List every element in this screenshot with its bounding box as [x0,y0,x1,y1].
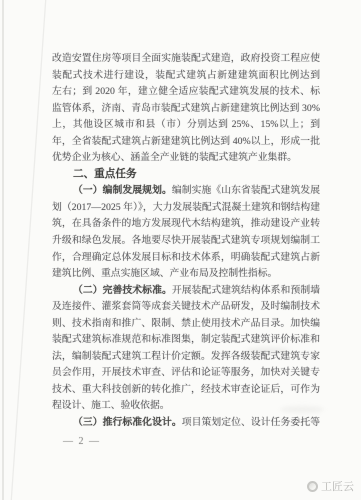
text-line: 年，全省装配式建筑占新建建筑比例达到 40%以上，形成一批以 [52,134,320,151]
text-line: 法，编制装配式建筑工程计价定额。发挥各级装配式建筑专家委 [52,349,320,366]
text-line: 程设计、施工、验收依据。 [52,398,320,415]
page-number: — 2 — [63,436,101,447]
text-line: 筑，在具备条件的地方发展现代木结构建筑，推动建设产业转型 [52,216,320,233]
text-line: 装配式技术进行建设，装配式建筑占新建建筑面积比例达到 10% [52,68,320,85]
text-line: 建筑比例、重点实施区域、产业布局及控制性指标。 [52,266,320,283]
text-line: （一）编制发展规划。编制实施《山东省装配式建筑发展规 [52,183,320,200]
scanned-page: { "colors": { "ink": "#57575a", "muted":… [0,0,361,500]
text-line: 员会作用，开展技术审查、评估和论证等服务，加快对关键专利 [52,365,320,382]
text-line: （三）推行标准化设计。项目策划定位、设计任务委托等阶 [52,415,320,432]
text-line: 作，合理确定总体发展目标和技术体系，明确装配式建筑占新建 [52,250,320,267]
watermark: 工匠云 [307,478,354,494]
paragraph-lead: （一）编制发展规划。 [73,185,172,196]
text-line: 及连接件、灌浆套筒等成套关键技术产品研发，及时编制技术导 [52,299,320,316]
text-line: 左右；到 2020 年，建立健全适应装配式建筑发展的技术、标准和 [52,84,320,101]
document-text: 改造安置住房等项目全面实施装配式建造，政府投资工程应使用装配式技术进行建设，装配… [52,51,320,432]
text-line: 优势企业为核心、涵盖全产业链的装配式建筑产业集群。 [52,150,320,167]
text-line: 上，其他设区城市和县（市）分别达到 25%、15%以上；到 2025 [52,117,320,134]
text-line: 则、技术指南和推广、限制、禁止使用技术产品目录。加快编制 [52,316,320,333]
text-line: 监管体系，济南、青岛市装配式建筑占新建建筑比例达到 30%以 [52,101,320,118]
section-heading: 二、重点任务 [52,167,320,184]
paragraph-lead: （三）推行标准化设计。 [73,417,182,428]
text-line: 技术、重大科技创新的转化推广，经技术审查论证后，可作为工 [52,382,320,399]
text-line: 升级和绿色发展。各地要尽快开展装配式建筑专项规划编制工 [52,233,320,250]
text-line: （二）完善技术标准。开展装配式建筑结构体系和预制墙板 [52,283,320,300]
paragraph-lead: （二）完善技术标准。 [73,285,172,296]
text-line: 装配式建筑标准规范和标准图集，制定装配式建筑评价标准和方 [52,332,320,349]
text-line: 改造安置住房等项目全面实施装配式建造，政府投资工程应使用 [52,51,320,68]
text-line: 划（2017—2025 年）》，大力发展装配式混凝土建筑和钢结构建 [52,200,320,217]
gongjiangyun-logo-icon [307,481,318,492]
watermark-label: 工匠云 [321,478,354,494]
